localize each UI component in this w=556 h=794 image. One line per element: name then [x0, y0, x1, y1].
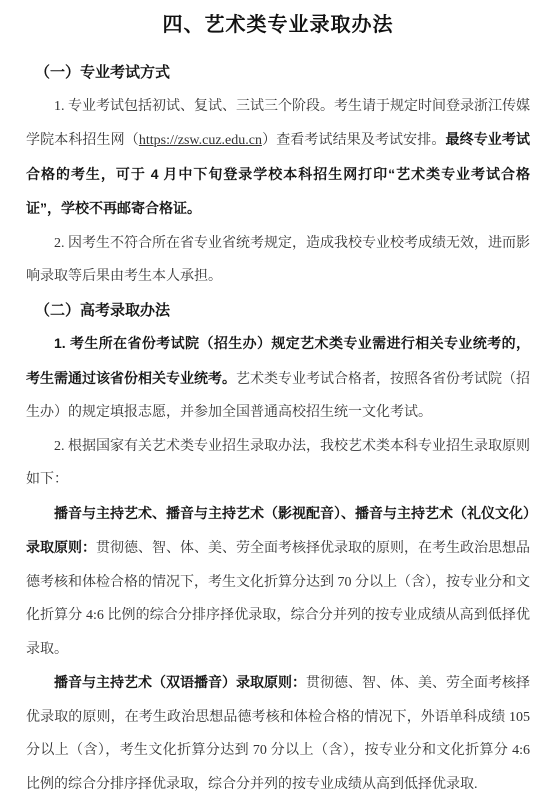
- para-provincial-unified-exam: 1. 考生所在省份考试院（招生办）规定艺术类专业需进行相关专业统考的，考生需通过…: [26, 327, 530, 430]
- emphasis-text-run: （一）专业考试方式: [35, 64, 170, 81]
- document-page: 四、艺术类专业录取办法 （一）专业考试方式1. 专业考试包括初试、复试、三试三个…: [0, 0, 556, 794]
- text-run: 贯彻德、智、体、美、劳全面考核择优录取的原则，在考生政治思想品德考核和体检合格的…: [26, 676, 530, 792]
- text-run: 贯彻德、智、体、美、劳全面考核择优录取的原则，在考生政治思想品德考核和体检合格的…: [26, 541, 530, 657]
- text-run: 2. 根据国家有关艺术类专业招生录取办法，我校艺术类本科专业招生录取原则如下：: [26, 439, 530, 488]
- emphasis-text-run: 播音与主持艺术（双语播音）录取原则：: [54, 674, 306, 690]
- document-body: （一）专业考试方式1. 专业考试包括初试、复试、三试三个阶段。考生请于规定时间登…: [26, 56, 530, 794]
- para-provincial-exam-liability: 2. 因考生不符合所在省专业省统考规定，造成我校专业校考成绩无效，进而影响录取等…: [26, 227, 530, 294]
- para-broadcasting-majors-rule: 播音与主持艺术、播音与主持艺术（影视配音）、播音与主持艺术（礼仪文化）录取原则：…: [26, 497, 530, 667]
- section-heading-exam-method: （一）专业考试方式: [26, 56, 530, 90]
- admissions-site-link[interactable]: https://zsw.cuz.edu.cn: [139, 133, 262, 148]
- document-title: 四、艺术类专业录取办法: [26, 10, 530, 40]
- text-run: ）查看考试结果及考试安排。: [262, 133, 446, 148]
- section-heading-gaokao-admission: （二）高考录取办法: [26, 294, 530, 328]
- text-run: 2. 因考生不符合所在省专业省统考规定，造成我校专业校考成绩无效，进而影响录取等…: [26, 236, 530, 285]
- para-exam-stages: 1. 专业考试包括初试、复试、三试三个阶段。考生请于规定时间登录浙江传媒学院本科…: [26, 90, 530, 227]
- para-bilingual-broadcasting-rule: 播音与主持艺术（双语播音）录取原则：贯彻德、智、体、美、劳全面考核择优录取的原则…: [26, 666, 530, 794]
- para-admission-principles-intro: 2. 根据国家有关艺术类专业招生录取办法，我校艺术类本科专业招生录取原则如下：: [26, 430, 530, 497]
- emphasis-text-run: （二）高考录取办法: [35, 302, 170, 319]
